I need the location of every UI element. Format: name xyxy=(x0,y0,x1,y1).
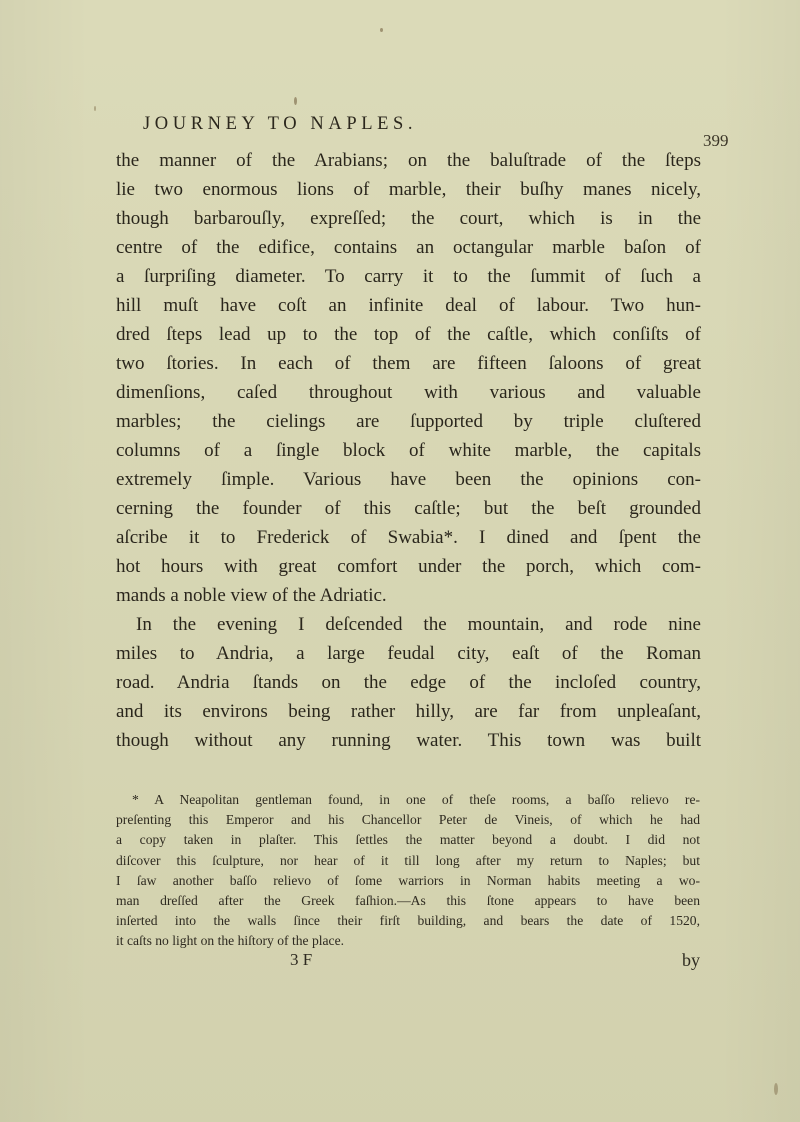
text-line: hot hours with great comfort under the p… xyxy=(116,552,701,581)
paragraph-start-line: In the evening I deſcended the mountain,… xyxy=(116,610,701,639)
text-line: aſcribe it to Frederick of Swabia*. I di… xyxy=(116,523,701,552)
text-line: two ſtories. In each of them are fifteen… xyxy=(116,349,701,378)
footnote-line: I ſaw another baſſo relievo of ſome warr… xyxy=(116,871,700,891)
ink-speck xyxy=(774,1083,778,1095)
footnote-line: diſcover this ſculpture, nor hear of it … xyxy=(116,851,700,871)
ink-speck xyxy=(294,97,297,105)
text-line: columns of a ſingle block of white marbl… xyxy=(116,436,701,465)
text-line: though barbarouſly, expreſſed; the court… xyxy=(116,204,701,233)
footnote: * A Neapolitan gentleman found, in one o… xyxy=(116,790,700,952)
text-line: dred ſteps lead up to the top of the caſ… xyxy=(116,320,701,349)
body-text: the manner of the Arabians; on the baluſ… xyxy=(116,146,701,755)
book-page: JOURNEY TO NAPLES. 399 the manner of the… xyxy=(0,0,800,1122)
signature-mark: 3 F xyxy=(290,950,312,970)
running-title: JOURNEY TO NAPLES. xyxy=(143,114,417,135)
ink-speck xyxy=(94,106,96,111)
running-head: JOURNEY TO NAPLES. xyxy=(143,114,713,144)
text-line: mands a noble view of the Adriatic. xyxy=(116,581,701,610)
text-line: and its environs being rather hilly, are… xyxy=(116,697,701,726)
text-line: the manner of the Arabians; on the baluſ… xyxy=(116,146,701,175)
text-line: extremely ſimple. Various have been the … xyxy=(116,465,701,494)
text-line: a ſurpriſing diameter. To carry it to th… xyxy=(116,262,701,291)
footnote-line: * A Neapolitan gentleman found, in one o… xyxy=(116,790,700,810)
text-line: marbles; the cielings are ſupported by t… xyxy=(116,407,701,436)
text-line: cerning the founder of this caſtle; but … xyxy=(116,494,701,523)
text-line: though without any running water. This t… xyxy=(116,726,701,755)
text-line: road. Andria ſtands on the edge of the i… xyxy=(116,668,701,697)
footnote-line: it caſts no light on the hiſtory of the … xyxy=(116,931,700,951)
footnote-line: preſenting this Emperor and his Chancell… xyxy=(116,810,700,830)
ink-speck xyxy=(380,28,383,32)
text-line: dimenſions, caſed throughout with variou… xyxy=(116,378,701,407)
footnote-line: inſerted into the walls ſince their firſ… xyxy=(116,911,700,931)
footnote-line: man dreſſed after the Greek faſhion.—As … xyxy=(116,891,700,911)
footnote-line: a copy taken in plaſter. This ſettles th… xyxy=(116,830,700,850)
text-line: hill muſt have coſt an infinite deal of … xyxy=(116,291,701,320)
text-line: lie two enormous lions of marble, their … xyxy=(116,175,701,204)
page-number: 399 xyxy=(703,131,729,151)
text-line: miles to Andria, a large feudal city, ea… xyxy=(116,639,701,668)
catchword: by xyxy=(682,950,700,971)
text-line: centre of the edifice, contains an octan… xyxy=(116,233,701,262)
